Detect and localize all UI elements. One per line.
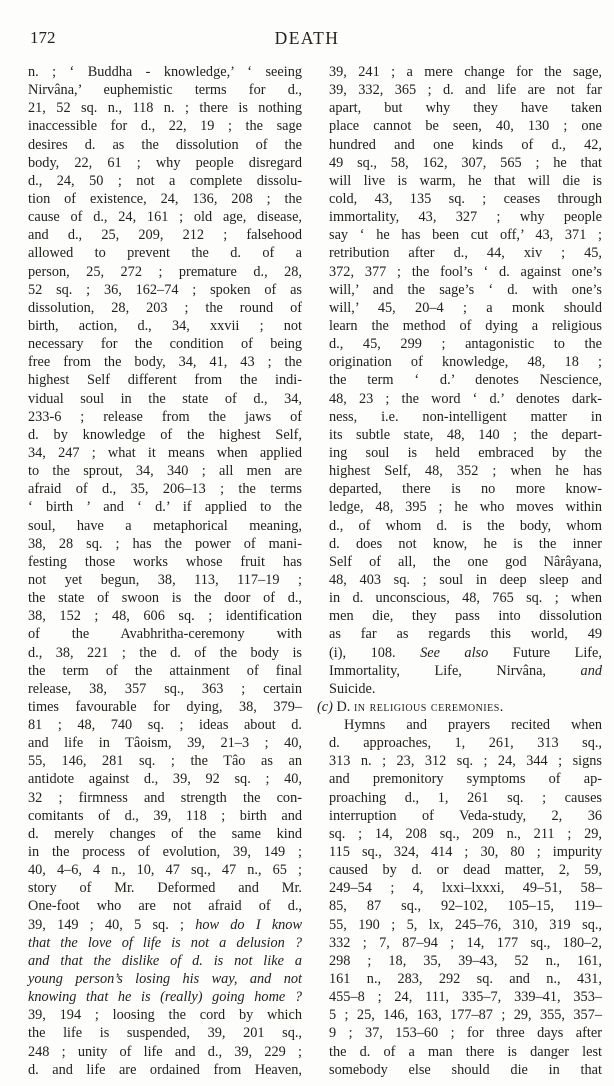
text-line: d. does not know, he is the inner — [329, 535, 602, 553]
text-run: ing soul is held embraced by the — [329, 445, 602, 461]
text-line: 313 n. ; 23, 312 sq. ; 24, 344 ; signs — [329, 752, 602, 770]
text-line: times favourable for dying, 38, 379– — [28, 698, 302, 716]
text-line: retribution after d., 44, xiv ; 45, — [329, 244, 602, 262]
text-line: dissolution, 28, 203 ; the round of — [28, 299, 302, 317]
text-run: will live is warm, he that will die is — [329, 173, 602, 189]
text-line: 5 ; 25, 146, 163, 177–87 ; 29, 355, 357– — [329, 1006, 602, 1024]
text-run: of the Avabhritha-ceremony with — [28, 626, 302, 642]
text-line: and premonitory symptoms of ap- — [329, 770, 602, 788]
text-run: ‘ birth ’ and ‘ d.’ if applied to the — [28, 499, 302, 515]
text-run: caused by d. or dead matter, 2, 59, — [329, 862, 602, 878]
text-run: 39, 194 ; loosing the cord by which — [28, 1007, 302, 1023]
text-line: n. ; ‘ Buddha - knowledge,’ ‘ seeing — [28, 63, 302, 81]
text-run: and d., 25, 209, 212 ; falsehood — [28, 227, 302, 243]
text-run: d., 24, 50 ; not a complete dissolu- — [28, 173, 302, 189]
text-run: in religious ceremonies. — [354, 699, 504, 715]
text-run: retribution after d., 44, xiv ; 45, — [329, 245, 602, 261]
text-line: its subtle state, 48, 140 ; the depart- — [329, 426, 602, 444]
text-run: learn the method of dying a religious — [329, 318, 602, 334]
text-line: ness, i.e. non-intelligent matter in — [329, 408, 602, 426]
text-line: 372, 377 ; the fool’s ‘ d. against one’s — [329, 263, 602, 281]
text-run: to the sprout, 34, 340 ; all men are — [28, 463, 302, 479]
text-run: 38, 28 sq. ; has the power of mani- — [28, 536, 302, 552]
text-run: 55, 190 ; 5, lx, 245–76, 310, 319 sq., — [329, 917, 602, 933]
text-line: 48, 23 ; the word ‘ d.’ denotes dark- — [329, 390, 602, 408]
text-run: Hymns and prayers recited when — [344, 717, 602, 733]
text-run: Nirvâna,’ euphemistic terms for d., — [28, 82, 302, 98]
text-run: cause of d., 24, 161 ; old age, disease, — [28, 209, 302, 225]
text-line: 52 sq. ; 36, 162–74 ; spoken of as — [28, 281, 302, 299]
text-line: Immortality, Life, Nirvâna, and — [329, 662, 602, 680]
text-line: 34, 247 ; what it means when applied — [28, 444, 302, 462]
text-run: and life in Tâoism, 39, 21–3 ; 40, — [28, 735, 302, 751]
text-line: 298 ; 18, 35, 39–43, 52 n., 161, — [329, 952, 602, 970]
text-run: 52 sq. ; 36, 162–74 ; spoken of as — [28, 282, 302, 298]
text-run: and — [581, 663, 602, 679]
text-run: origination of knowledge, 48, 18 ; — [329, 354, 602, 370]
text-line: interruption of Veda-study, 2, 36 — [329, 807, 602, 825]
text-run: D. — [336, 699, 353, 715]
text-line: to the sprout, 34, 340 ; all men are — [28, 462, 302, 480]
text-run: free from the body, 34, 41, 43 ; the — [28, 354, 302, 370]
text-line: somebody else should die in that — [329, 1061, 602, 1079]
text-line: highest Self, 48, 352 ; when he has — [329, 462, 602, 480]
text-run: See also — [420, 645, 488, 661]
text-run: 455–8 ; 24, 111, 335–7, 339–41, 353– — [329, 989, 602, 1005]
text-run: vidual soul in the state of d., 34, — [28, 391, 302, 407]
text-line: body, 22, 61 ; why people disregard — [28, 154, 302, 172]
text-run: d., 38, 221 ; the d. of the body is — [28, 645, 302, 661]
text-line: origination of knowledge, 48, 18 ; — [329, 353, 602, 371]
text-line: Self of all, the one god Nârâyana, — [329, 553, 602, 571]
text-run: ness, i.e. non-intelligent matter in — [329, 409, 602, 425]
text-run: in d. unconscious, 48, 765 sq. ; when — [329, 590, 602, 606]
text-line: 39, 241 ; a mere change for the sage, — [329, 63, 602, 81]
text-run: 21, 52 sq. n., 118 n. ; there is nothing — [28, 100, 302, 116]
text-line: departed, there is no more know- — [329, 480, 602, 498]
text-line: hundred and one kinds of d., 42, — [329, 136, 602, 154]
text-run: 39, 332, 365 ; d. and life are not far — [329, 82, 602, 98]
text-line: and d., 25, 209, 212 ; falsehood — [28, 226, 302, 244]
text-line: ing soul is held embraced by the — [329, 444, 602, 462]
text-run: Suicide. — [329, 681, 375, 697]
text-line: 9 ; 37, 153–60 ; for three days after — [329, 1024, 602, 1042]
text-run: 40, 4–6, 4 n., 10, 47 sq., 47 n., 65 ; — [28, 862, 302, 878]
text-line: in the process of evolution, 39, 149 ; — [28, 843, 302, 861]
text-run: hundred and one kinds of d., 42, — [329, 137, 602, 153]
text-run: (c) — [317, 699, 336, 715]
text-line: 39, 149 ; 40, 5 sq. ; how do I know — [28, 916, 302, 934]
text-run: dissolution, 28, 203 ; the round of — [28, 300, 302, 316]
text-line: desires d. as the dissolution of the — [28, 136, 302, 154]
text-run: interruption of Veda-study, 2, 36 — [329, 808, 602, 824]
text-run: highest Self different from the indi- — [28, 372, 302, 388]
text-run: birth, action, d., 34, xxvii ; not — [28, 318, 302, 334]
text-line: d. by knowledge of the highest Self, — [28, 426, 302, 444]
text-run: 115 sq., 324, 414 ; 30, 80 ; impurity — [329, 844, 602, 860]
text-run: release, 38, 357 sq., 363 ; certain — [28, 681, 302, 697]
text-run: not yet begun, 38, 113, 117–19 ; — [28, 572, 302, 588]
text-run: d., of whom d. is the body, whom — [329, 518, 602, 534]
text-run: somebody else should die in that — [329, 1062, 602, 1078]
text-line: in d. unconscious, 48, 765 sq. ; when — [329, 589, 602, 607]
text-run: necessary for the condition of being — [28, 336, 302, 352]
text-run: antidote against d., 39, 92 sq. ; 40, — [28, 771, 302, 787]
text-run: its subtle state, 48, 140 ; the depart- — [329, 427, 602, 443]
text-run: proaching d., 1, 261 sq. ; causes — [329, 790, 602, 806]
text-run: 9 ; 37, 153–60 ; for three days after — [329, 1025, 602, 1041]
text-run: say ‘ he has been cut off,’ 43, 371 ; — [329, 227, 602, 243]
text-run: 332 ; 7, 87–94 ; 14, 177 sq., 180–2, — [329, 935, 602, 951]
text-run: 313 n. ; 23, 312 sq. ; 24, 344 ; signs — [329, 753, 602, 769]
text-line: 115 sq., 324, 414 ; 30, 80 ; impurity — [329, 843, 602, 861]
text-line: ledge, 48, 395 ; he who moves within — [329, 498, 602, 516]
text-line: free from the body, 34, 41, 43 ; the — [28, 353, 302, 371]
text-run: that the love of life is not a delusion … — [28, 935, 302, 951]
text-line: highest Self different from the indi- — [28, 371, 302, 389]
text-run: story of Mr. Deformed and Mr. — [28, 880, 302, 896]
text-line: 249–54 ; 4, lxxi–lxxxi, 49–51, 58– — [329, 879, 602, 897]
text-run: Immortality, Life, Nirvâna, — [329, 663, 581, 679]
text-line: and that the dislike of d. is not like a — [28, 952, 302, 970]
text-run: allowed to prevent the d. of a — [28, 245, 302, 261]
text-line: 233-6 ; release from the jaws of — [28, 408, 302, 426]
text-line: vidual soul in the state of d., 34, — [28, 390, 302, 408]
text-run: d., 45, 299 ; antagonistic to the — [329, 336, 602, 352]
text-line: story of Mr. Deformed and Mr. — [28, 879, 302, 897]
text-line: 332 ; 7, 87–94 ; 14, 177 sq., 180–2, — [329, 934, 602, 952]
text-line: Nirvâna,’ euphemistic terms for d., — [28, 81, 302, 99]
text-line: immortality, 43, 327 ; why people — [329, 208, 602, 226]
text-run: 38, 152 ; 48, 606 sq. ; identification — [28, 608, 302, 624]
text-run: 34, 247 ; what it means when applied — [28, 445, 302, 461]
text-line: 161 n., 283, 292 sq. and n., 431, — [329, 970, 602, 988]
text-line: release, 38, 357 sq., 363 ; certain — [28, 680, 302, 698]
text-run: 372, 377 ; the fool’s ‘ d. against one’s — [329, 264, 602, 280]
text-run: and premonitory symptoms of ap- — [329, 771, 602, 787]
text-run: d. does not know, he is the inner — [329, 536, 602, 552]
text-line: soul, have a metaphorical meaning, — [28, 517, 302, 535]
text-line: birth, action, d., 34, xxvii ; not — [28, 317, 302, 335]
text-line: festing those works whose fruit has — [28, 553, 302, 571]
text-run: will,’ 45, 20–4 ; a monk should — [329, 300, 602, 316]
text-run: knowing that he is (really) going home ? — [28, 989, 302, 1005]
text-run: 48, 403 sq. ; soul in deep sleep and — [329, 572, 602, 588]
text-line: place cannot be seen, 40, 130 ; one — [329, 117, 602, 135]
text-run: apart, but why they have taken — [329, 100, 602, 116]
text-run: 39, 241 ; a mere change for the sage, — [329, 64, 602, 80]
text-line: will,’ 45, 20–4 ; a monk should — [329, 299, 602, 317]
text-run: Self of all, the one god Nârâyana, — [329, 554, 602, 570]
text-run: men die, they pass into dissolution — [329, 608, 602, 624]
text-line: 248 ; unity of life and d., 39, 229 ; — [28, 1043, 302, 1061]
text-line: 85, 87 sq., 92–102, 105–15, 119– — [329, 897, 602, 915]
text-line: the life is suspended, 39, 201 sq., — [28, 1024, 302, 1042]
text-run: 85, 87 sq., 92–102, 105–15, 119– — [329, 898, 602, 914]
text-run: tion of existence, 24, 136, 208 ; the — [28, 191, 302, 207]
text-line: the d. of a man there is danger lest — [329, 1043, 602, 1061]
text-line: 39, 194 ; loosing the cord by which — [28, 1006, 302, 1024]
text-line: 55, 190 ; 5, lx, 245–76, 310, 319 sq., — [329, 916, 602, 934]
text-line: d., of whom d. is the body, whom — [329, 517, 602, 535]
text-run: 39, 149 ; 40, 5 sq. ; — [28, 917, 195, 933]
book-page: 172 DEATH n. ; ‘ Buddha - knowledge,’ ‘ … — [0, 0, 614, 1086]
text-run: 55, 146, 281 sq. ; the Tâo as an — [28, 753, 302, 769]
text-run: cold, 43, 135 sq. ; ceases through — [329, 191, 602, 207]
text-line: afraid of d., 35, 206–13 ; the terms — [28, 480, 302, 498]
text-line: antidote against d., 39, 92 sq. ; 40, — [28, 770, 302, 788]
page-header-title: DEATH — [0, 28, 614, 48]
text-run: n. ; ‘ Buddha - knowledge,’ ‘ seeing — [28, 64, 302, 80]
text-line: person, 25, 272 ; premature d., 28, — [28, 263, 302, 281]
text-run: will,’ and the sage’s ‘ d. with one’s — [329, 282, 602, 298]
text-line: One-foot who are not afraid of d., — [28, 897, 302, 915]
text-run: (i), 108. — [329, 645, 420, 661]
text-line: comitants of d., 39, 118 ; birth and — [28, 807, 302, 825]
text-run: d. merely changes of the same kind — [28, 826, 302, 842]
text-run: comitants of d., 39, 118 ; birth and — [28, 808, 302, 824]
text-line: knowing that he is (really) going home ? — [28, 988, 302, 1006]
text-line: d. approaches, 1, 261, 313 sq., — [329, 734, 602, 752]
text-line: Suicide. — [329, 680, 602, 698]
text-line: that the love of life is not a delusion … — [28, 934, 302, 952]
text-run: One-foot who are not afraid of d., — [28, 898, 302, 914]
text-line: d., 45, 299 ; antagonistic to the — [329, 335, 602, 353]
text-line: the term of the attainment of final — [28, 662, 302, 680]
text-line: 55, 146, 281 sq. ; the Tâo as an — [28, 752, 302, 770]
text-run: d. approaches, 1, 261, 313 sq., — [329, 735, 602, 751]
text-line: caused by d. or dead matter, 2, 59, — [329, 861, 602, 879]
text-run: departed, there is no more know- — [329, 481, 602, 497]
text-run: festing those works whose fruit has — [28, 554, 302, 570]
text-line: the term ‘ d.’ denotes Nescience, — [329, 371, 602, 389]
text-line: Hymns and prayers recited when — [329, 716, 602, 734]
text-line: as far as regards this world, 49 — [329, 625, 602, 643]
text-line: 38, 28 sq. ; has the power of mani- — [28, 535, 302, 553]
text-run: the term ‘ d.’ denotes Nescience, — [329, 372, 602, 388]
text-run: times favourable for dying, 38, 379– — [28, 699, 302, 715]
text-line: men die, they pass into dissolution — [329, 607, 602, 625]
text-line: and life in Tâoism, 39, 21–3 ; 40, — [28, 734, 302, 752]
text-line: proaching d., 1, 261 sq. ; causes — [329, 789, 602, 807]
text-line: 48, 403 sq. ; soul in deep sleep and — [329, 571, 602, 589]
text-run: young person’s losing his way, and not — [28, 971, 302, 987]
text-run: how do I know — [195, 917, 302, 933]
text-line: d., 38, 221 ; the d. of the body is — [28, 644, 302, 662]
text-line: 32 ; firmness and strength the con- — [28, 789, 302, 807]
text-line: d., 24, 50 ; not a complete dissolu- — [28, 172, 302, 190]
text-run: ledge, 48, 395 ; he who moves within — [329, 499, 602, 515]
text-line: allowed to prevent the d. of a — [28, 244, 302, 262]
text-run: 249–54 ; 4, lxxi–lxxxi, 49–51, 58– — [329, 880, 602, 896]
text-line: 21, 52 sq. n., 118 n. ; there is nothing — [28, 99, 302, 117]
text-line: the state of swoon is the door of d., — [28, 589, 302, 607]
text-line: inaccessible for d., 22, 19 ; the sage — [28, 117, 302, 135]
text-run: 248 ; unity of life and d., 39, 229 ; — [28, 1044, 302, 1060]
text-run: inaccessible for d., 22, 19 ; the sage — [28, 118, 302, 134]
index-column-right: 39, 241 ; a mere change for the sage,39,… — [329, 63, 602, 1079]
text-run: 48, 23 ; the word ‘ d.’ denotes dark- — [329, 391, 602, 407]
text-line: 81 ; 48, 740 sq. ; ideas about d. — [28, 716, 302, 734]
text-run: afraid of d., 35, 206–13 ; the terms — [28, 481, 302, 497]
text-run: 32 ; firmness and strength the con- — [28, 790, 302, 806]
text-line: tion of existence, 24, 136, 208 ; the — [28, 190, 302, 208]
text-run: sq. ; 14, 208 sq., 209 n., 211 ; 29, — [329, 826, 602, 842]
text-line: 49 sq., 58, 162, 307, 565 ; he that — [329, 154, 602, 172]
text-line: cold, 43, 135 sq. ; ceases through — [329, 190, 602, 208]
text-run: 49 sq., 58, 162, 307, 565 ; he that — [329, 155, 602, 171]
text-line: of the Avabhritha-ceremony with — [28, 625, 302, 643]
text-run: place cannot be seen, 40, 130 ; one — [329, 118, 602, 134]
text-line: (i), 108. See also Future Life, — [329, 644, 602, 662]
text-line: 39, 332, 365 ; d. and life are not far — [329, 81, 602, 99]
text-run: soul, have a metaphorical meaning, — [28, 518, 302, 534]
text-run: highest Self, 48, 352 ; when he has — [329, 463, 602, 479]
text-run: body, 22, 61 ; why people disregard — [28, 155, 302, 171]
text-line: will live is warm, he that will die is — [329, 172, 602, 190]
text-run: as far as regards this world, 49 — [329, 626, 602, 642]
text-run: person, 25, 272 ; premature d., 28, — [28, 264, 302, 280]
text-run: 81 ; 48, 740 sq. ; ideas about d. — [28, 717, 302, 733]
text-run: in the process of evolution, 39, 149 ; — [28, 844, 302, 860]
text-line: sq. ; 14, 208 sq., 209 n., 211 ; 29, — [329, 825, 602, 843]
text-line: say ‘ he has been cut off,’ 43, 371 ; — [329, 226, 602, 244]
text-line: young person’s losing his way, and not — [28, 970, 302, 988]
text-line: cause of d., 24, 161 ; old age, disease, — [28, 208, 302, 226]
text-run: the term of the attainment of final — [28, 663, 302, 679]
text-run: d. by knowledge of the highest Self, — [28, 427, 302, 443]
text-line: 455–8 ; 24, 111, 335–7, 339–41, 353– — [329, 988, 602, 1006]
text-line: will,’ and the sage’s ‘ d. with one’s — [329, 281, 602, 299]
text-run: 161 n., 283, 292 sq. and n., 431, — [329, 971, 602, 987]
text-line: apart, but why they have taken — [329, 99, 602, 117]
text-run: desires d. as the dissolution of the — [28, 137, 302, 153]
text-line: necessary for the condition of being — [28, 335, 302, 353]
text-run: the state of swoon is the door of d., — [28, 590, 302, 606]
text-run: 298 ; 18, 35, 39–43, 52 n., 161, — [329, 953, 602, 969]
text-run: 5 ; 25, 146, 163, 177–87 ; 29, 355, 357– — [329, 1007, 602, 1023]
section-heading: (c) D. in religious ceremonies. — [317, 698, 602, 716]
text-line: learn the method of dying a religious — [329, 317, 602, 335]
text-run: 233-6 ; release from the jaws of — [28, 409, 302, 425]
text-run: and that the dislike of d. is not like a — [28, 953, 302, 969]
text-run: the life is suspended, 39, 201 sq., — [28, 1025, 302, 1041]
text-line: not yet begun, 38, 113, 117–19 ; — [28, 571, 302, 589]
text-run: the d. of a man there is danger lest — [329, 1044, 602, 1060]
text-line: 38, 152 ; 48, 606 sq. ; identification — [28, 607, 302, 625]
text-line: 40, 4–6, 4 n., 10, 47 sq., 47 n., 65 ; — [28, 861, 302, 879]
text-run: Future Life, — [488, 645, 602, 661]
index-column-left: n. ; ‘ Buddha - knowledge,’ ‘ seeingNirv… — [28, 63, 302, 1079]
text-line: d. merely changes of the same kind — [28, 825, 302, 843]
text-run: d. and life are ordained from Heaven, — [28, 1062, 302, 1078]
text-line: d. and life are ordained from Heaven, — [28, 1061, 302, 1079]
text-run: immortality, 43, 327 ; why people — [329, 209, 602, 225]
text-line: ‘ birth ’ and ‘ d.’ if applied to the — [28, 498, 302, 516]
